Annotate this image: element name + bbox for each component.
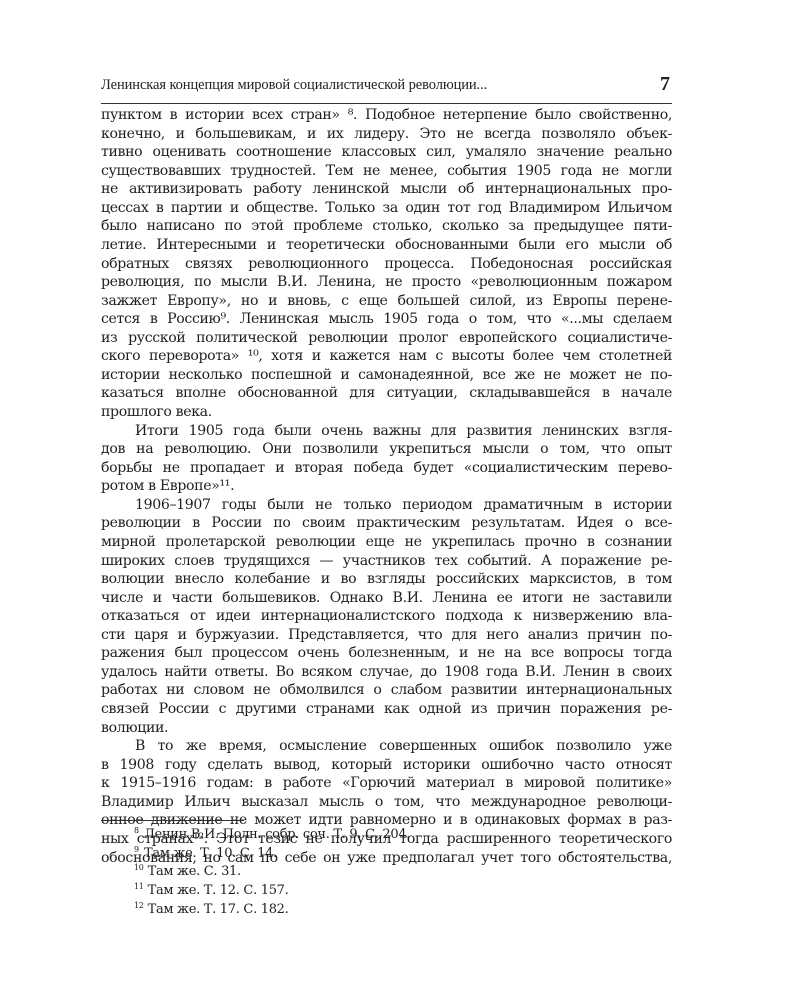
text-line: было написано по этой проблеме столько, …	[101, 217, 672, 236]
text-line: прошлого века.	[101, 403, 672, 422]
text-line: обратных связях революционного процесса.…	[101, 255, 672, 274]
footnote-mark: 9	[134, 841, 140, 860]
text-line: к 1915–1916 годам: в работе «Горючий мат…	[101, 774, 672, 793]
text-line: зажжет Европу», но и вновь, с еще больше…	[101, 292, 672, 311]
footnote-text: Там же. Т. 17. С. 182.	[148, 902, 289, 917]
text-line: волюции внесло колебание и во взгляды ро…	[101, 570, 672, 589]
footnote-text: Там же. Т. 12. С. 157.	[148, 883, 289, 898]
text-line: казаться вполне обоснованной для ситуаци…	[101, 384, 672, 403]
text-line: ротом в Европе»¹¹.	[101, 477, 672, 496]
footnote-mark: 8	[134, 822, 140, 841]
text-line: сти царя и буржуазии. Представляется, чт…	[101, 626, 672, 645]
footnote: 12Там же. Т. 17. С. 182.	[134, 897, 634, 916]
text-line: ражения был процессом очень болезненным,…	[101, 644, 672, 663]
text-line: мирной пролетарской революции еще не укр…	[101, 533, 672, 552]
footnote: 11Там же. Т. 12. С. 157.	[134, 878, 634, 897]
text-line: цессах в партии и обществе. Только за од…	[101, 199, 672, 218]
running-head-title: Ленинская концепция мировой социалистиче…	[101, 77, 487, 94]
body-text: пунктом в истории всех стран» ⁸. Подобно…	[101, 106, 672, 867]
header-rule	[101, 103, 672, 104]
footnote: 9Там же. Т. 10. С. 14.	[134, 841, 634, 860]
text-line: удалось найти ответы. Во всяком случае, …	[101, 663, 672, 682]
text-line: существовавших трудностей. Тем не менее,…	[101, 162, 672, 181]
footnote-mark: 10	[134, 859, 144, 878]
text-line: широких слоев трудящихся — участников те…	[101, 552, 672, 571]
text-line: отказаться от идеи интернационалистского…	[101, 607, 672, 626]
text-line: конечно, и большевикам, и их лидеру. Это…	[101, 125, 672, 144]
page-number: 7	[660, 73, 670, 96]
text-line: не активизировать работу ленинской мысли…	[101, 180, 672, 199]
paragraph-first-line: 1906–1907 годы были не только периодом д…	[101, 496, 672, 515]
footnote: 8Ленин В.И. Полн. собр. соч. Т. 9. С. 20…	[134, 822, 634, 841]
footnote-mark: 11	[134, 878, 144, 897]
text-line: работах ни словом не обмолвился о слабом…	[101, 681, 672, 700]
text-line: тивно оценивать соотношение классовых си…	[101, 143, 672, 162]
running-head: Ленинская концепция мировой социалистиче…	[101, 74, 672, 96]
text-line: революции в России по своим практическим…	[101, 514, 672, 533]
footnote-text: Ленин В.И. Полн. собр. соч. Т. 9. С. 204…	[144, 827, 410, 842]
paragraph-first-line: В то же время, осмысление совершенных ош…	[101, 737, 672, 756]
text-line: борьбы не пропадает и вторая победа буде…	[101, 459, 672, 478]
text-line: в 1908 году сделать вывод, который истор…	[101, 756, 672, 775]
text-line: истории несколько поспешной и самонадеян…	[101, 366, 672, 385]
text-line: связей России с другими странами как одн…	[101, 700, 672, 719]
text-line: дов на революцию. Они позволили укрепить…	[101, 440, 672, 459]
paragraph-first-line: Итоги 1905 года были очень важны для раз…	[101, 422, 672, 441]
text-line: пунктом в истории всех стран» ⁸. Подобно…	[101, 106, 672, 125]
text-line: Владимир Ильич высказал мысль о том, что…	[101, 793, 672, 812]
text-line: волюции.	[101, 719, 672, 738]
text-line: числе и части большевиков. Однако В.И. Л…	[101, 589, 672, 608]
text-line: из русской политической революции пролог…	[101, 329, 672, 348]
text-line: летие. Интересными и теоретически обосно…	[101, 236, 672, 255]
footnotes: 8Ленин В.И. Полн. собр. соч. Т. 9. С. 20…	[134, 822, 634, 915]
footnote-rule	[101, 820, 244, 821]
footnote: 10Там же. С. 31.	[134, 859, 634, 878]
text-line: революция, по мысли В.И. Ленина, не прос…	[101, 273, 672, 292]
footnote-mark: 12	[134, 897, 144, 916]
text-line: ского переворота» ¹⁰, хотя и кажется нам…	[101, 347, 672, 366]
text-line: сется в Россию⁹. Ленинская мысль 1905 го…	[101, 310, 672, 329]
